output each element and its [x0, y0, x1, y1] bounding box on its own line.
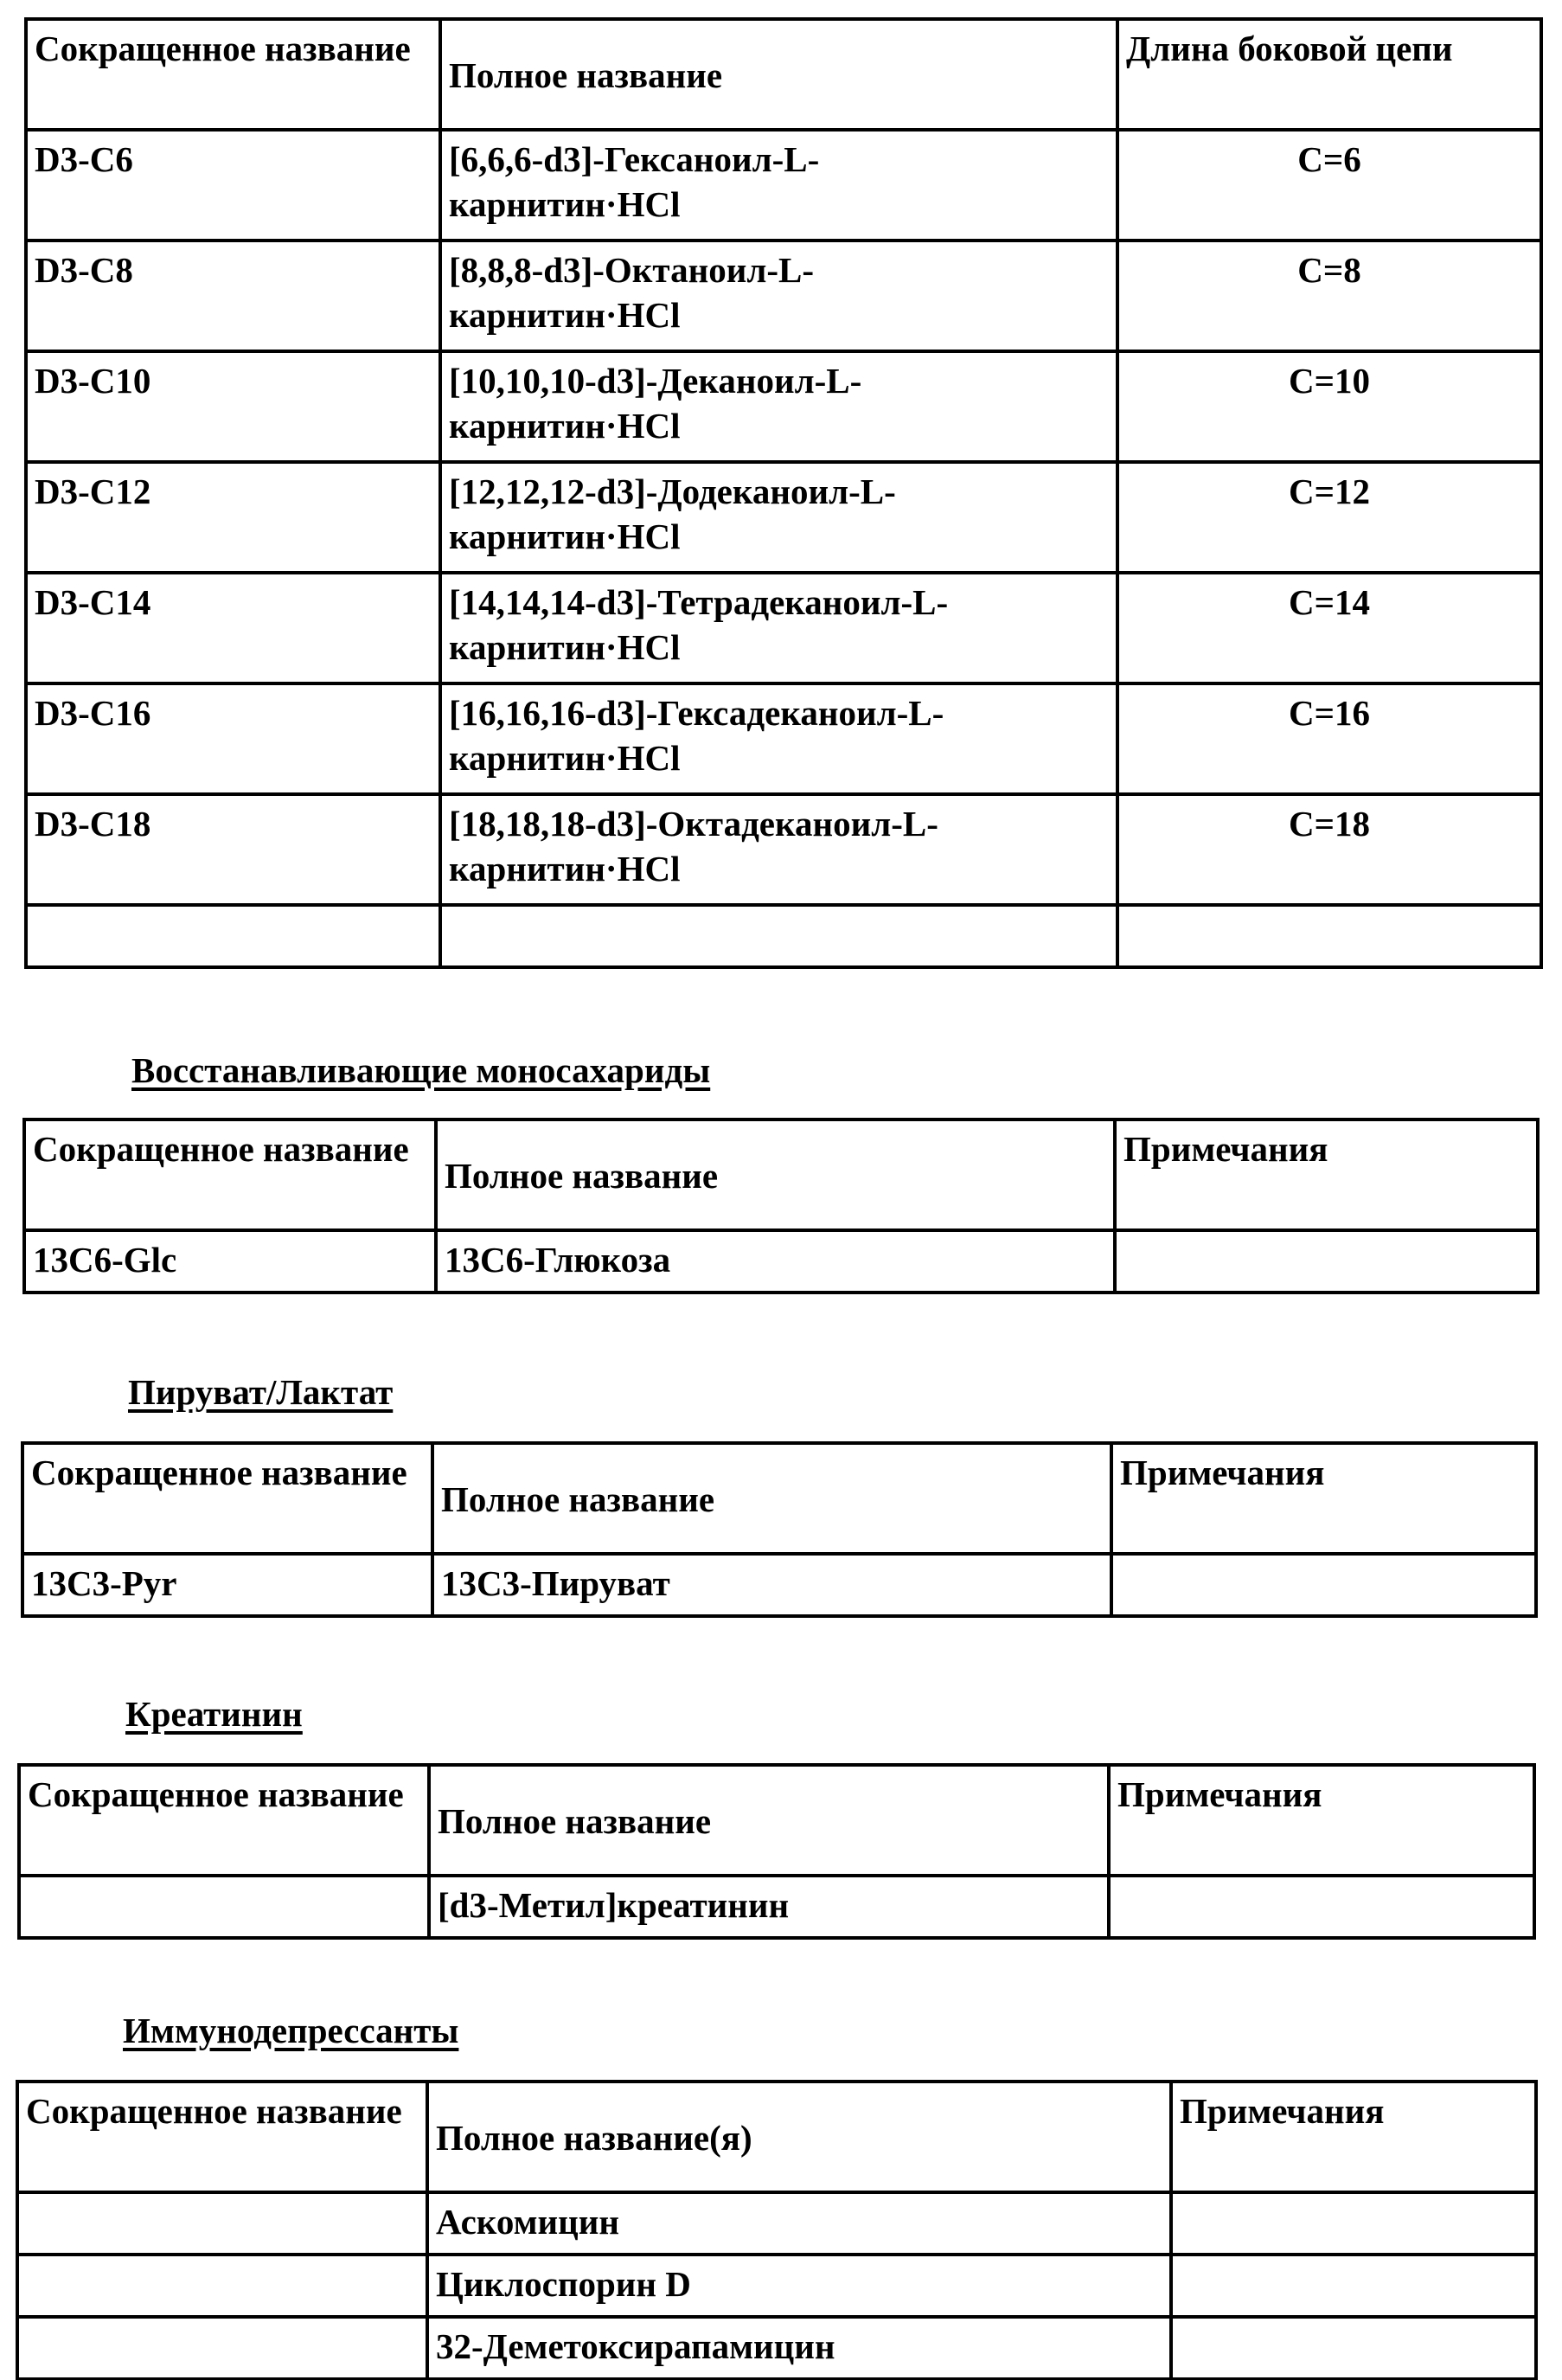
cell-full-name — [440, 905, 1117, 967]
cell-short-name: D3-C6 — [26, 130, 440, 241]
cell-notes — [1171, 2192, 1536, 2255]
full-name-line1: [18,18,18-d3]-Октадеканоил-L- — [449, 801, 1109, 846]
table-row: D3-C18 [18,18,18-d3]-Октадеканоил-L-карн… — [26, 794, 1541, 905]
full-name-line2: карнитин·HCl — [449, 514, 1109, 559]
table-row: 32-Деметоксирапамицин — [17, 2317, 1536, 2379]
immunosuppressants-table: Сокращенное название Полное название(я) … — [16, 2080, 1538, 2380]
full-name-line2: карнитин·HCl — [449, 625, 1109, 670]
cell-short-name: D3-C16 — [26, 683, 440, 794]
cell-chain-length: C=12 — [1117, 462, 1541, 573]
header-short-name: Сокращенное название — [22, 1443, 432, 1554]
acylcarnitines-table: Сокращенное название Полное название Дли… — [24, 17, 1543, 969]
table-row: Циклоспорин D — [17, 2255, 1536, 2317]
cell-full-name: [14,14,14-d3]-Тетрадеканоил-L-карнитин·H… — [440, 573, 1117, 683]
table-header-row: Сокращенное название Полное название При… — [19, 1765, 1534, 1876]
cell-full-name: [6,6,6-d3]-Гексаноил-L-карнитин·HCl — [440, 130, 1117, 241]
table-row: 13C6-Glc 13C6-Глюкоза — [24, 1230, 1538, 1293]
cell-full-name: [d3-Метил]креатинин — [429, 1876, 1109, 1938]
pyruvate-lactate-table: Сокращенное название Полное название При… — [21, 1441, 1538, 1618]
header-full-name: Полное название — [432, 1443, 1111, 1554]
cell-short-name: 13C6-Glc — [24, 1230, 436, 1293]
header-notes: Примечания — [1109, 1765, 1534, 1876]
table-row: D3-C12 [12,12,12-d3]-Додеканоил-L-карнит… — [26, 462, 1541, 573]
cell-chain-length: C=6 — [1117, 130, 1541, 241]
full-name-line2: карнитин·HCl — [449, 403, 1109, 448]
full-name-line2: карнитин·HCl — [449, 846, 1109, 891]
header-full-name: Полное название(я) — [427, 2082, 1171, 2192]
cell-chain-length: C=10 — [1117, 351, 1541, 462]
table-row: D3-C8 [8,8,8-d3]-Октаноил-L-карнитин·HCl… — [26, 241, 1541, 351]
section-title-monosaccharides: Восстанавливающие моносахариды — [131, 1049, 710, 1092]
cell-short-name — [19, 1876, 429, 1938]
table-row: D3-C16 [16,16,16-d3]-Гексадеканоил-L-кар… — [26, 683, 1541, 794]
cell-short-name — [17, 2255, 427, 2317]
cell-notes — [1111, 1554, 1536, 1616]
header-full-name: Полное название — [440, 19, 1117, 130]
table-row: [d3-Метил]креатинин — [19, 1876, 1534, 1938]
cell-notes — [1171, 2255, 1536, 2317]
cell-full-name: [8,8,8-d3]-Октаноил-L-карнитин·HCl — [440, 241, 1117, 351]
section-title-pyruvate-lactate: Пируват/Лактат — [128, 1370, 393, 1414]
table-header-row: Сокращенное название Полное название Дли… — [26, 19, 1541, 130]
cell-full-name: [18,18,18-d3]-Октадеканоил-L-карнитин·HC… — [440, 794, 1117, 905]
cell-full-name: [10,10,10-d3]-Деканоил-L-карнитин·HCl — [440, 351, 1117, 462]
table-row: 13C3-Pyr 13C3-Пируват — [22, 1554, 1536, 1616]
cell-full-name: 32-Деметоксирапамицин — [427, 2317, 1171, 2379]
cell-full-name: [12,12,12-d3]-Додеканоил-L-карнитин·HCl — [440, 462, 1117, 573]
cell-short-name: D3-C14 — [26, 573, 440, 683]
cell-chain-length: C=8 — [1117, 241, 1541, 351]
header-full-name: Полное название — [436, 1119, 1115, 1230]
header-short-name: Сокращенное название — [17, 2082, 427, 2192]
header-notes: Примечания — [1171, 2082, 1536, 2192]
full-name-line2: карнитин·HCl — [449, 182, 1109, 227]
table-row: D3-C10 [10,10,10-d3]-Деканоил-L-карнитин… — [26, 351, 1541, 462]
cell-short-name: D3-C12 — [26, 462, 440, 573]
section-title-immunosuppressants: Иммунодепрессанты — [123, 2009, 458, 2052]
table-row: D3-C6 [6,6,6-d3]-Гексаноил-L-карнитин·HC… — [26, 130, 1541, 241]
table-header-row: Сокращенное название Полное название При… — [24, 1119, 1538, 1230]
cell-short-name: D3-C10 — [26, 351, 440, 462]
cell-short-name — [17, 2192, 427, 2255]
cell-full-name: Аскомицин — [427, 2192, 1171, 2255]
full-name-line2: карнитин·HCl — [449, 735, 1109, 780]
cell-chain-length: C=14 — [1117, 573, 1541, 683]
cell-notes — [1109, 1876, 1534, 1938]
cell-full-name: 13C3-Пируват — [432, 1554, 1111, 1616]
header-short-name: Сокращенное название — [26, 19, 440, 130]
header-notes: Примечания — [1111, 1443, 1536, 1554]
header-notes: Примечания — [1115, 1119, 1538, 1230]
cell-chain-length: C=18 — [1117, 794, 1541, 905]
monosaccharides-table: Сокращенное название Полное название При… — [22, 1118, 1540, 1294]
header-short-name: Сокращенное название — [24, 1119, 436, 1230]
full-name-line1: [14,14,14-d3]-Тетрадеканоил-L- — [449, 580, 1109, 625]
header-short-name: Сокращенное название — [19, 1765, 429, 1876]
table-header-row: Сокращенное название Полное название(я) … — [17, 2082, 1536, 2192]
cell-chain-length: C=16 — [1117, 683, 1541, 794]
cell-full-name: [16,16,16-d3]-Гексадеканоил-L-карнитин·H… — [440, 683, 1117, 794]
cell-notes — [1171, 2317, 1536, 2379]
table-row: Аскомицин — [17, 2192, 1536, 2255]
table-header-row: Сокращенное название Полное название При… — [22, 1443, 1536, 1554]
cell-full-name: 13C6-Глюкоза — [436, 1230, 1115, 1293]
creatinine-table: Сокращенное название Полное название При… — [17, 1763, 1536, 1940]
cell-short-name: 13C3-Pyr — [22, 1554, 432, 1616]
section-title-creatinine: Креатинин — [125, 1692, 303, 1735]
header-chain-length: Длина боковой цепи — [1117, 19, 1541, 130]
full-name-line1: [16,16,16-d3]-Гексадеканоил-L- — [449, 690, 1109, 735]
full-name-line1: [6,6,6-d3]-Гексаноил-L- — [449, 137, 1109, 182]
cell-short-name — [26, 905, 440, 967]
full-name-line1: [12,12,12-d3]-Додеканоил-L- — [449, 469, 1109, 514]
cell-short-name: D3-C18 — [26, 794, 440, 905]
cell-short-name — [17, 2317, 427, 2379]
cell-chain-length — [1117, 905, 1541, 967]
full-name-line1: [10,10,10-d3]-Деканоил-L- — [449, 358, 1109, 403]
header-full-name: Полное название — [429, 1765, 1109, 1876]
cell-full-name: Циклоспорин D — [427, 2255, 1171, 2317]
cell-short-name: D3-C8 — [26, 241, 440, 351]
table-row-empty — [26, 905, 1541, 967]
full-name-line2: карнитин·HCl — [449, 292, 1109, 337]
table-row: D3-C14 [14,14,14-d3]-Тетрадеканоил-L-кар… — [26, 573, 1541, 683]
cell-notes — [1115, 1230, 1538, 1293]
full-name-line1: [8,8,8-d3]-Октаноил-L- — [449, 247, 1109, 292]
